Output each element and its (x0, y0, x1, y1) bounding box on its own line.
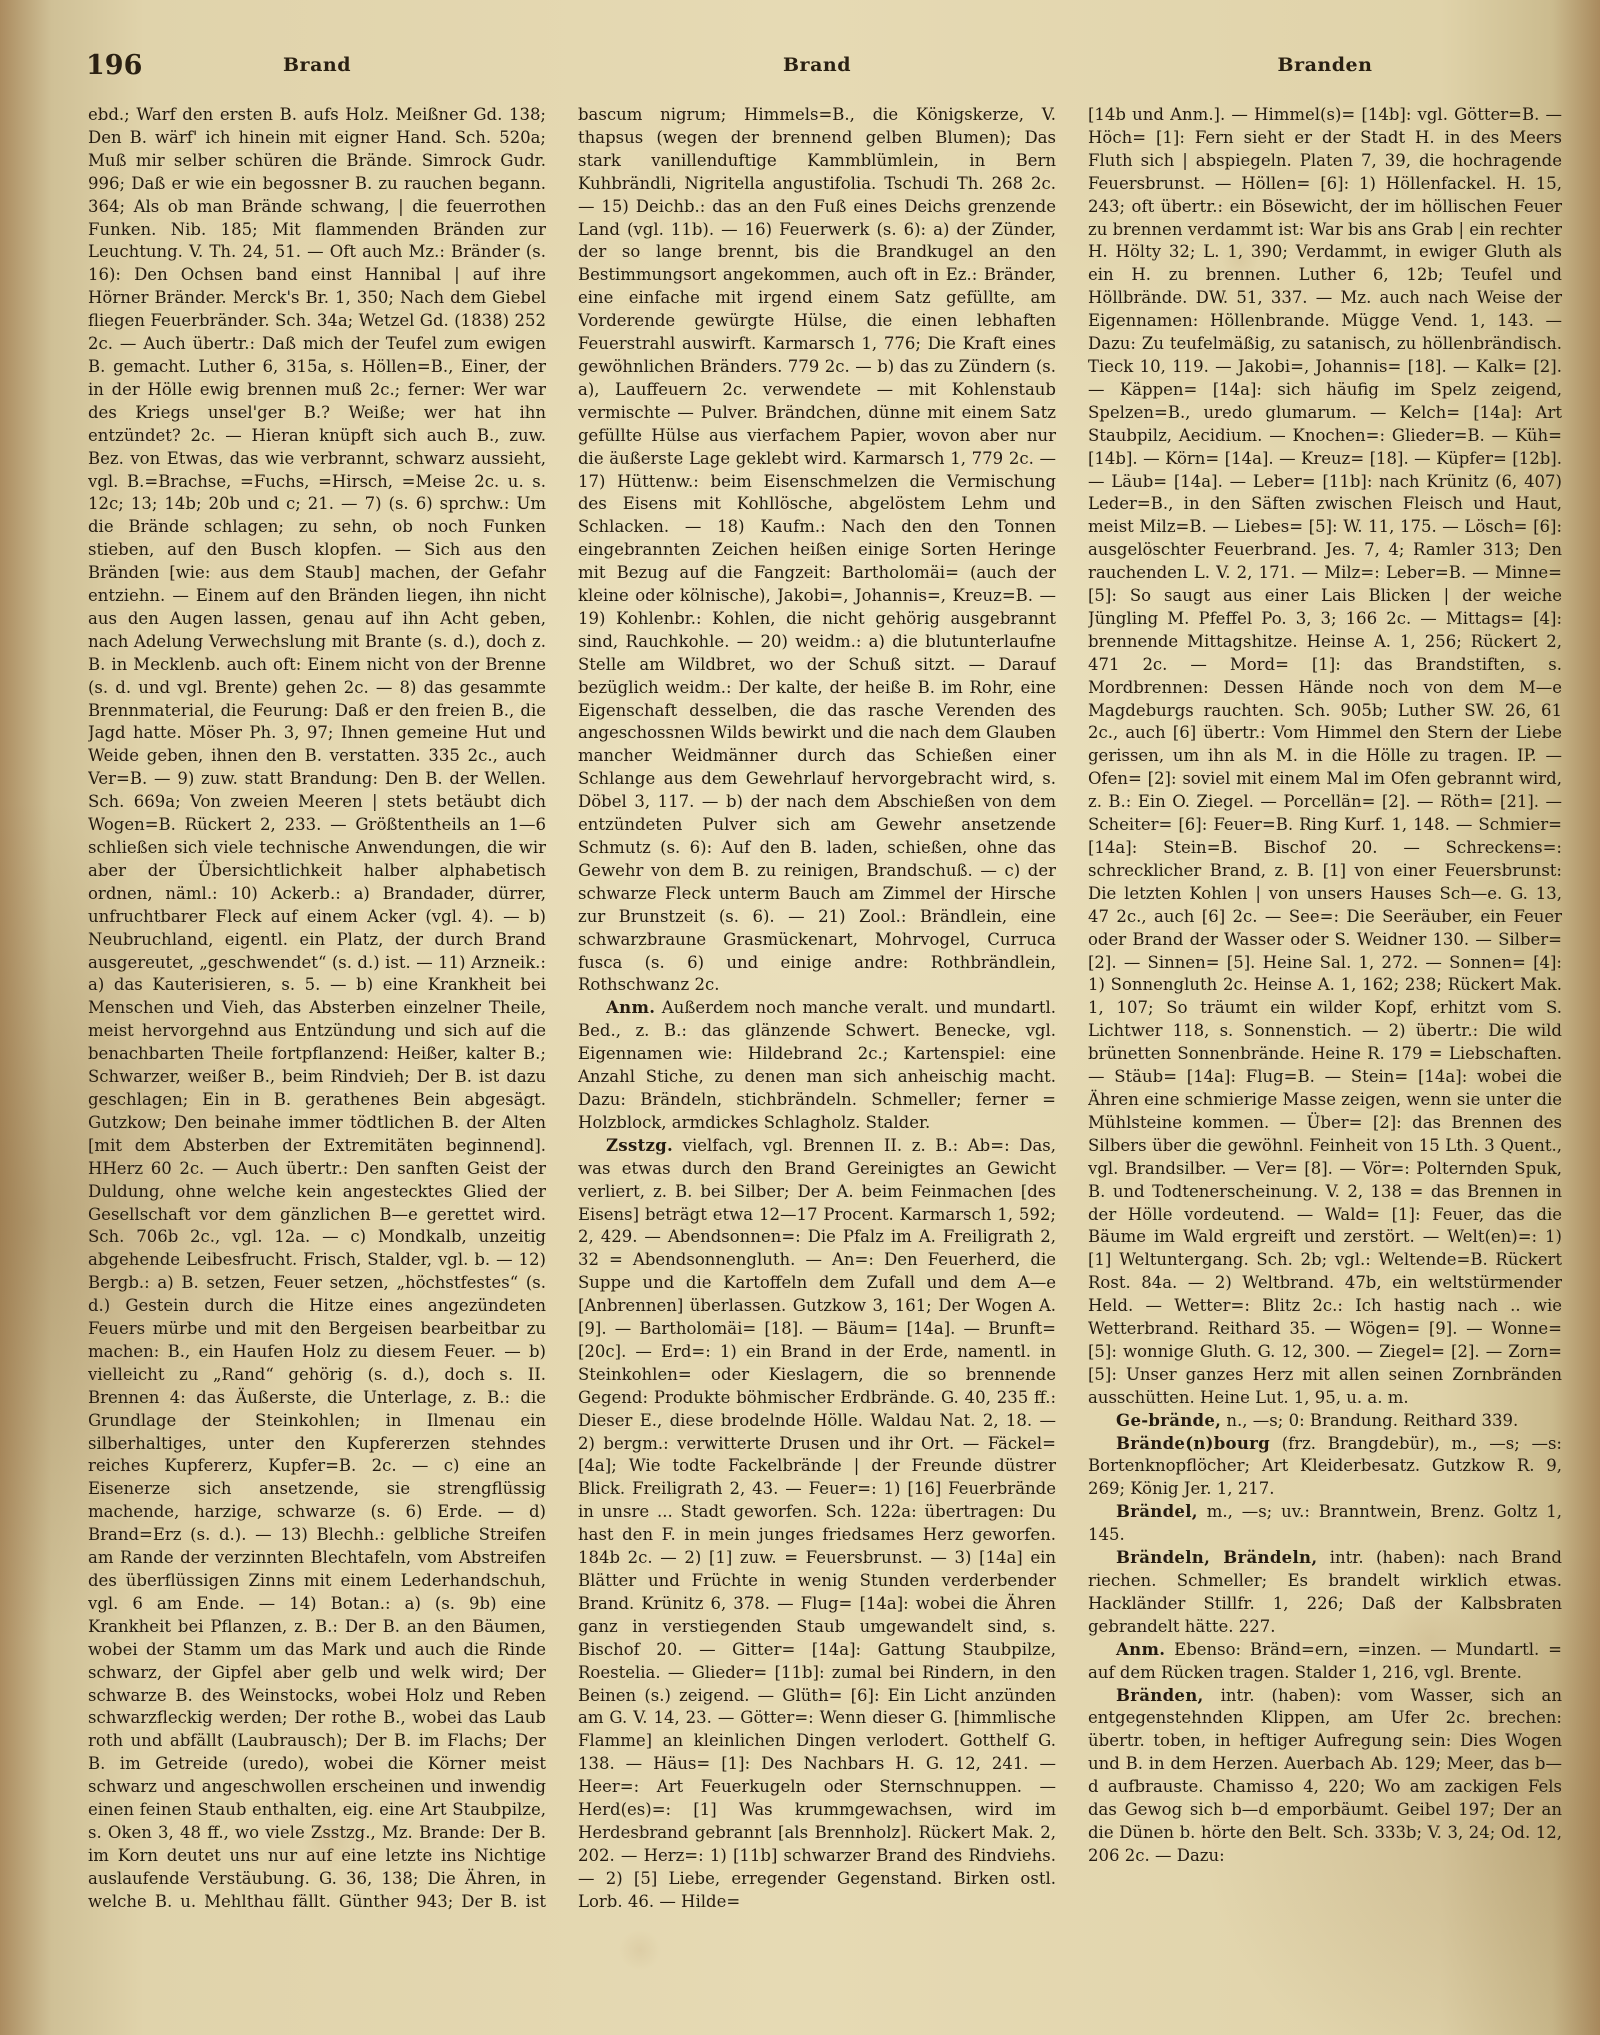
entry-continuation-brand-senses: bascum nigrum; Himmels=B., die Königsker… (578, 104, 1056, 997)
entry-braendel: Brändel, m., —s; uv.: Branntwein, Brenz.… (1088, 1501, 1562, 1547)
headword-braendel: Brändel, (1116, 1502, 1198, 1521)
zsstzg-label: Zsstzg. (606, 1136, 673, 1155)
headword-gebraende: Ge-brände, (1116, 1411, 1221, 1430)
entry-braendeln-anmerkung: Anm. Ebenso: Bränd=ern, =inzen. — Mundar… (1088, 1639, 1562, 1685)
running-head-col1: Brand (88, 54, 546, 80)
entry-braendeln: Brändeln, Brändeln, intr. (haben): nach … (1088, 1547, 1562, 1639)
entry-braendenbourg: Brände(n)bourg (frz. Brangdebür), m., —s… (1088, 1433, 1562, 1502)
text-column-2: bascum nigrum; Himmels=B., die Königsker… (578, 104, 1056, 1912)
headword-braenden: Bränden, (1116, 1686, 1204, 1705)
running-head-col3: Branden (1088, 54, 1562, 80)
text-column-1: ebd.; Warf den ersten B. aufs Holz. Meiß… (88, 104, 546, 1912)
text-column-3: [14b und Anm.]. — Himmel(s)= [14b]: vgl.… (1088, 104, 1562, 1912)
entry-braenden: Bränden, intr. (haben): vom Wasser, sich… (1088, 1685, 1562, 1868)
headword-braendenbourg: Brände(n)bourg (1116, 1434, 1270, 1453)
running-head-col2: Brand (578, 54, 1056, 80)
entry-continuation-brand: ebd.; Warf den ersten B. aufs Holz. Meiß… (88, 104, 546, 1912)
headword-braendeln: Brändeln, Brändeln, (1116, 1548, 1317, 1567)
entry-gebraende: Ge-brände, n., —s; 0: Brandung. Reithard… (1088, 1410, 1562, 1433)
anm-label-2: Anm. (1116, 1640, 1165, 1659)
entry-zusammensetzungen: Zsstzg. vielfach, vgl. Brennen II. z. B.… (578, 1135, 1056, 1912)
entry-anmerkung: Anm. Außerdem noch manche veralt. und mu… (578, 997, 1056, 1134)
anm-label: Anm. (606, 998, 655, 1017)
dictionary-page: 196 Brand Brand Branden ebd.; Warf den e… (0, 0, 1600, 2035)
entry-continuation-compounds: [14b und Anm.]. — Himmel(s)= [14b]: vgl.… (1088, 104, 1562, 1410)
